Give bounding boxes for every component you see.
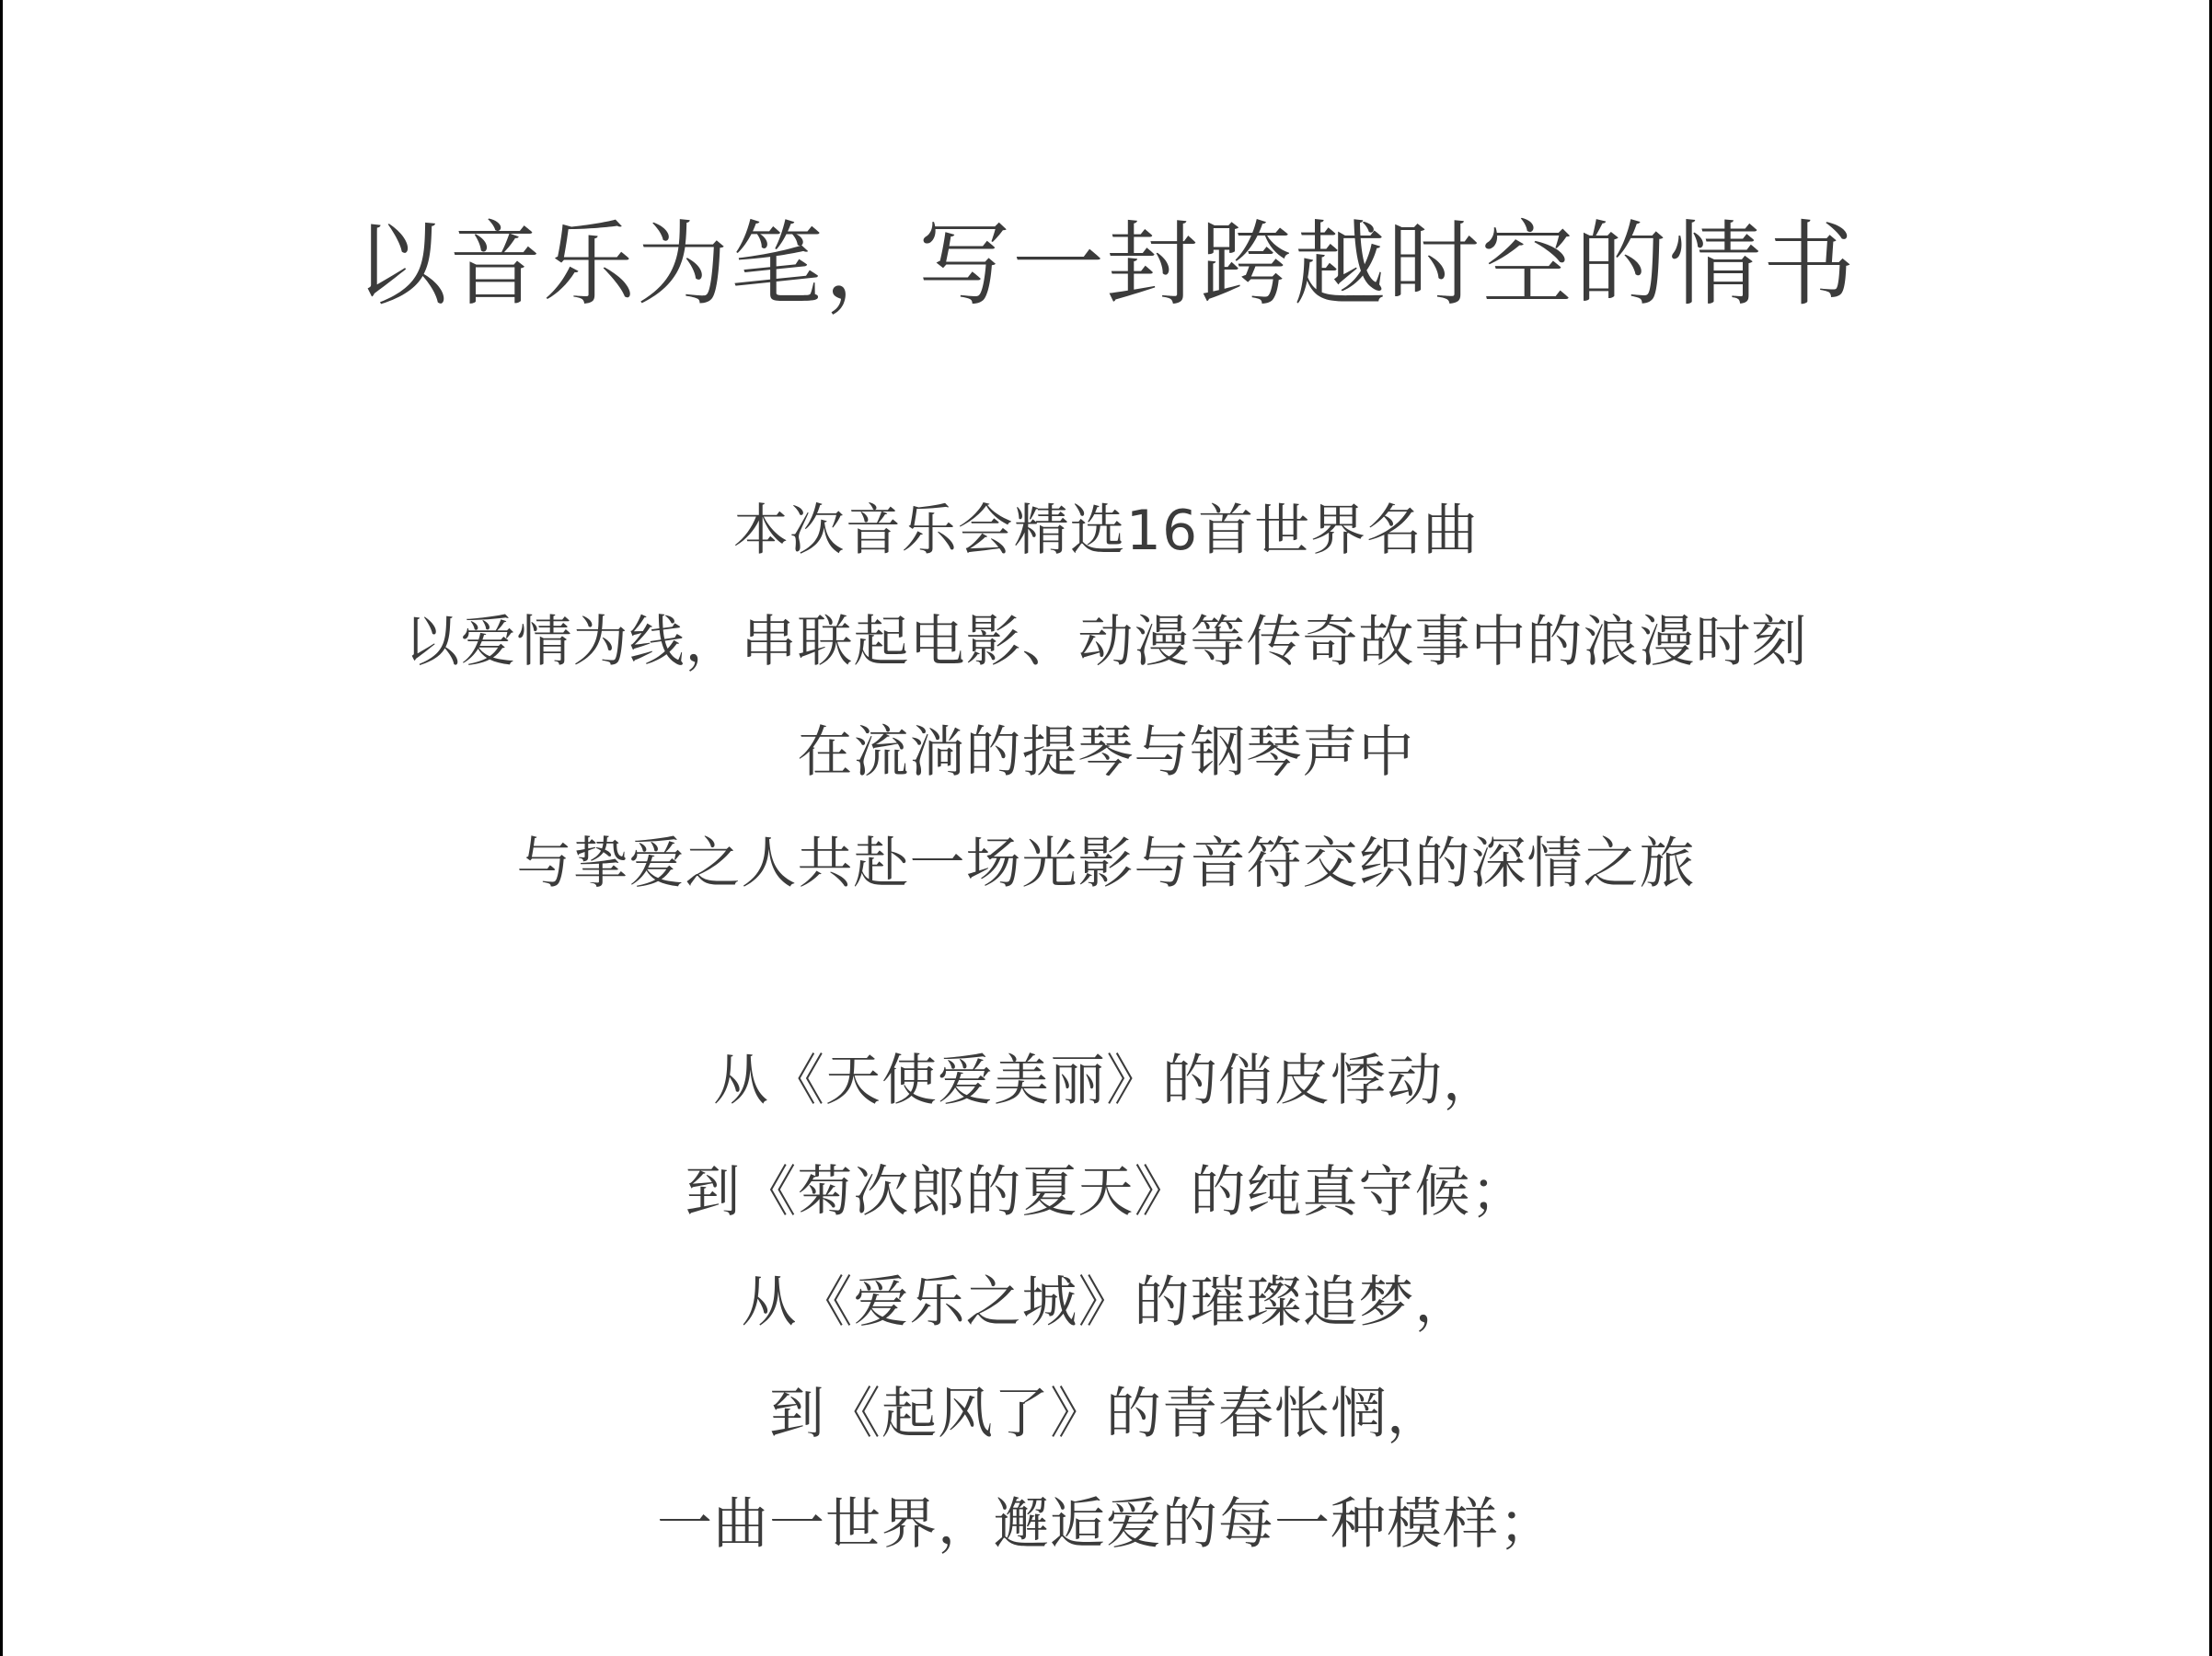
intro-line: 在流淌的提琴与钢琴声中 [0,697,2212,809]
intro-line: 以爱情为线，串联起电影、动漫等传奇故事中的浪漫时刻 [0,587,2212,698]
song-line: 从《爱乐之城》的璀璨追梦， [0,1248,2212,1359]
song-line: 从《天使爱美丽》的俏皮悸动， [0,1026,2212,1137]
song-line: 到《菊次郎的夏天》的纯真守候； [0,1137,2212,1248]
intro-paragraph: 本次音乐会精选16首世界名曲 以爱情为线，串联起电影、动漫等传奇故事中的浪漫时刻… [0,476,2212,919]
intro-line: 与挚爱之人共赴一场光影与音符交织的深情之旅 [0,809,2212,920]
page-title: 以音乐为笔，写一封跨越时空的情书 [0,210,2212,320]
intro-line: 本次音乐会精选16首世界名曲 [0,476,2212,587]
song-line: 到《起风了》的青春怅惘， [0,1359,2212,1470]
songs-paragraph: 从《天使爱美丽》的俏皮悸动， 到《菊次郎的夏天》的纯真守候； 从《爱乐之城》的璀… [0,1026,2212,1581]
song-line: 一曲一世界，邂逅爱的每一种模样； [0,1469,2212,1581]
